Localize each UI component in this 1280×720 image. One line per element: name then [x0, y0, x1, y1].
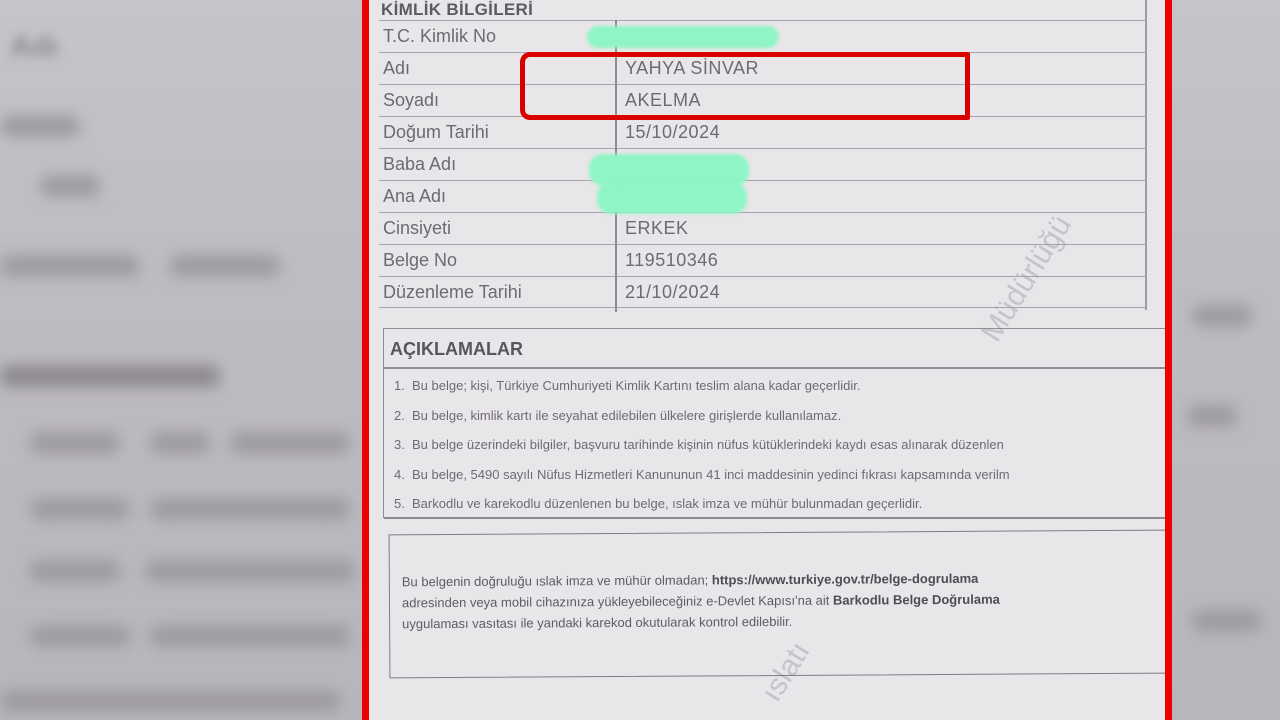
- field-row-dogum-tarihi: Doğum Tarihi 15/10/2024: [379, 116, 1147, 148]
- blurred-line: [230, 432, 350, 454]
- redaction-mark: [597, 182, 747, 214]
- notes-section: AÇIKLAMALAR 1.Bu belge; kişi, Türkiye Cu…: [383, 328, 1172, 518]
- field-label: Doğum Tarihi: [383, 122, 489, 143]
- field-row-ana-adi: Ana Adı: [379, 180, 1147, 212]
- blurred-line: [1187, 405, 1237, 427]
- section-title-identity: KİMLİK BİLGİLERİ: [381, 0, 533, 20]
- field-value: 21/10/2024: [625, 282, 720, 303]
- blurred-line: [0, 115, 80, 137]
- field-label: Düzenleme Tarihi: [383, 282, 522, 303]
- field-value: 15/10/2024: [625, 122, 720, 143]
- notes-divider: [384, 367, 1172, 369]
- field-label: Adı: [383, 58, 410, 79]
- blurred-line: [0, 255, 140, 277]
- verification-app-name: Barkodlu Belge Doğrulama: [833, 592, 1000, 608]
- field-value: 119510346: [625, 250, 718, 271]
- note-text: Bu belge, 5490 sayılı Nüfus Hizmetleri K…: [412, 467, 1010, 482]
- blurred-background-right: [1172, 0, 1280, 720]
- field-label: Cinsiyeti: [383, 218, 451, 239]
- field-value: ERKEK: [625, 218, 689, 239]
- field-label: Soyadı: [383, 90, 439, 111]
- redaction-mark: [587, 26, 779, 48]
- blurred-background-left: Adı: [0, 0, 362, 720]
- blurred-line: [150, 625, 350, 647]
- note-item: 1.Bu belge; kişi, Türkiye Cumhuriyeti Ki…: [394, 371, 1172, 401]
- note-item: 3.Bu belge üzerindeki bilgiler, başvuru …: [394, 430, 1172, 460]
- verification-line: adresinden veya mobil cihazınıza yükleye…: [402, 593, 833, 611]
- verification-text: Bu belgenin doğruluğu ıslak imza ve mühü…: [402, 567, 1148, 635]
- field-row-belge-no: Belge No 119510346: [379, 244, 1147, 276]
- blurred-line: [30, 625, 130, 647]
- note-item: 2.Bu belge, kimlik kartı ile seyahat edi…: [394, 401, 1172, 431]
- blurred-line: [0, 690, 340, 712]
- blurred-text: Adı: [10, 30, 58, 64]
- note-text: Bu belge, kimlik kartı ile seyahat edile…: [412, 408, 841, 423]
- notes-title: AÇIKLAMALAR: [390, 339, 523, 360]
- verification-line: Bu belgenin doğruluğu ıslak imza ve mühü…: [402, 572, 712, 589]
- note-item: 4.Bu belge, 5490 sayılı Nüfus Hizmetleri…: [394, 460, 1172, 490]
- verification-line: uygulaması vasıtası ile yandaki karekod …: [402, 614, 792, 631]
- note-text: Bu belge üzerindeki bilgiler, başvuru ta…: [412, 437, 1004, 452]
- field-label: Ana Adı: [383, 186, 446, 207]
- notes-list: 1.Bu belge; kişi, Türkiye Cumhuriyeti Ki…: [394, 371, 1172, 519]
- field-label: T.C. Kimlik No: [383, 26, 496, 47]
- field-row-cinsiyeti: Cinsiyeti ERKEK: [379, 212, 1147, 244]
- note-number: 4.: [394, 460, 412, 490]
- blurred-line: [30, 432, 120, 454]
- id-document: Müdürlüğü ıslatı KİMLİK BİLGİLERİ T.C. K…: [362, 0, 1172, 720]
- verification-url[interactable]: https://www.turkiye.gov.tr/belge-dogrula…: [712, 571, 979, 588]
- blurred-line: [40, 175, 100, 197]
- blurred-line: [1192, 305, 1252, 327]
- name-highlight-frame: [520, 52, 970, 120]
- blurred-line: [30, 560, 120, 582]
- note-text: Barkodlu ve karekodlu düzenlenen bu belg…: [412, 496, 922, 511]
- blurred-line: [170, 255, 280, 277]
- blurred-line: [0, 365, 220, 387]
- field-label: Baba Adı: [383, 154, 456, 175]
- blurred-line: [1192, 610, 1262, 632]
- note-number: 2.: [394, 401, 412, 431]
- field-row-baba-adi: Baba Adı: [379, 148, 1147, 180]
- blurred-line: [145, 560, 355, 582]
- field-label: Belge No: [383, 250, 457, 271]
- field-row-duzenleme-tarihi: Düzenleme Tarihi 21/10/2024: [379, 276, 1147, 308]
- note-number: 5.: [394, 489, 412, 519]
- note-number: 1.: [394, 371, 412, 401]
- blurred-line: [150, 498, 350, 520]
- table-frame-right: [1145, 0, 1147, 310]
- note-number: 3.: [394, 430, 412, 460]
- notes-divider: [384, 518, 1172, 520]
- note-item: 5.Barkodlu ve karekodlu düzenlenen bu be…: [394, 489, 1172, 519]
- blurred-line: [150, 432, 210, 454]
- verification-box: Bu belgenin doğruluğu ıslak imza ve mühü…: [389, 530, 1170, 679]
- blurred-line: [30, 498, 130, 520]
- note-text: Bu belge; kişi, Türkiye Cumhuriyeti Kiml…: [412, 378, 860, 393]
